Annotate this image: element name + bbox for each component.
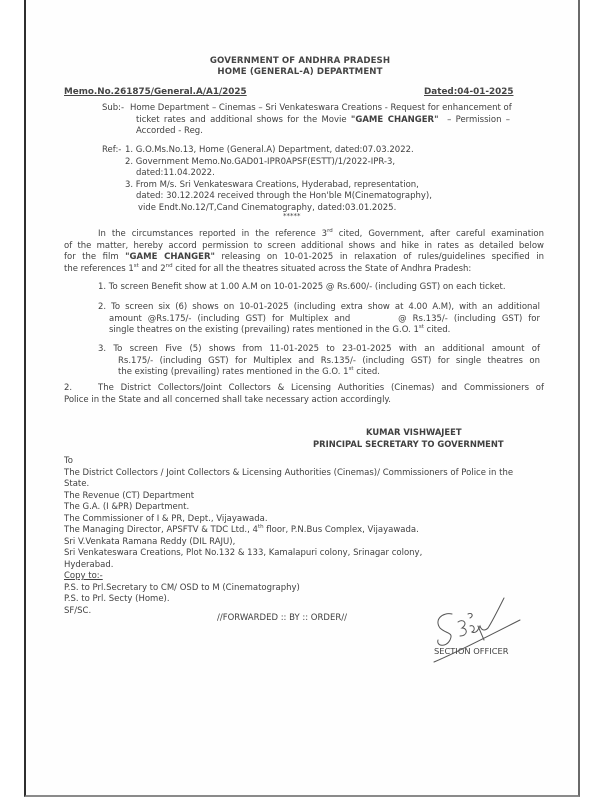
reference-1: 1. G.O.Ms.No.13, Home (General.A) Depart… bbox=[125, 145, 414, 157]
memo-date: Dated:04-01-2025 bbox=[424, 87, 514, 97]
recipient-line: Sri V.Venkata Ramana Reddy (DIL RAJU), bbox=[64, 537, 235, 549]
para2-line-2: Police in the State and all concerned sh… bbox=[64, 395, 391, 407]
recipient-line: Hyderabad. bbox=[64, 560, 113, 572]
reference-2-date: dated:11.04.2022. bbox=[136, 168, 215, 180]
section-officer-label: SECTION OFFICER bbox=[434, 646, 509, 658]
para1-line-4: the references 1st and 2nd cited for all… bbox=[64, 264, 471, 276]
point-1: 1. To screen Benefit show at 1.00 A.M on… bbox=[98, 282, 506, 294]
reference-label: Ref:- bbox=[102, 145, 121, 157]
point-2-line-3: single theatres on the existing (prevail… bbox=[109, 325, 450, 337]
point-3-line-1: 3. To screen Five (5) shows from 11-01-2… bbox=[98, 344, 540, 356]
copy-to-label: Copy to:- bbox=[64, 571, 103, 583]
copy-to-line: P.S. to Prl.Secretary to CM/ OSD to M (C… bbox=[64, 583, 300, 595]
copy-to-line: P.S. to Prl. Secty (Home). bbox=[64, 594, 170, 606]
recipient-line: State. bbox=[64, 479, 89, 491]
reference-2: 2. Government Memo.No.GAD01-IPR0APSF(EST… bbox=[125, 157, 395, 169]
signatory-name: KUMAR VISHWAJEET bbox=[366, 427, 462, 439]
para2-line-1: The District Collectors/Joint Collectors… bbox=[98, 383, 544, 395]
reference-3: 3. From M/s. Sri Venkateswara Creations,… bbox=[125, 180, 419, 192]
memo-number: Memo.No.261875/General.A/A1/2025 bbox=[64, 87, 247, 97]
subject-line-2: ticket rates and additional shows for th… bbox=[136, 115, 510, 127]
recipient-line: Sri Venkateswara Creations, Plot No.132 … bbox=[64, 548, 422, 560]
para1-line-3: for the film "GAME CHANGER" releasing on… bbox=[64, 252, 544, 264]
subject-line-3: Accorded - Reg. bbox=[136, 126, 203, 138]
govt-heading: GOVERNMENT OF ANDHRA PRADESH bbox=[0, 56, 600, 66]
department-heading: HOME (GENERAL-A) DEPARTMENT bbox=[0, 67, 600, 77]
point-2-line-1: 2. To screen six (6) shows on 10-01-2025… bbox=[98, 302, 540, 314]
to-label: To bbox=[64, 456, 73, 468]
recipient-line: The District Collectors / Joint Collecto… bbox=[64, 468, 513, 480]
movie-title: "GAME CHANGER" bbox=[351, 115, 439, 125]
para2-number: 2. bbox=[64, 383, 72, 395]
separator-stars: ***** bbox=[283, 211, 301, 223]
signatory-title: PRINCIPAL SECRETARY TO GOVERNMENT bbox=[313, 439, 504, 451]
point-3-line-2: Rs.175/- (including GST) for Multiplex a… bbox=[118, 356, 540, 368]
recipient-line: The Commissioner of I & PR, Dept., Vijay… bbox=[64, 514, 268, 526]
recipient-line: The Managing Director, APSFTV & TDC Ltd.… bbox=[64, 525, 419, 537]
point-2-line-2: amount @Rs.175/- (including GST) for Mul… bbox=[109, 314, 540, 326]
reference-3-line-3: vide Endt.No.12/T,Cand Cinematography, d… bbox=[138, 203, 396, 215]
copy-to-line: SF/SC. bbox=[64, 606, 91, 618]
forwarded-by-order: //FORWARDED :: BY :: ORDER// bbox=[217, 613, 347, 625]
reference-3-line-2: dated: 30.12.2024 received through the H… bbox=[136, 191, 432, 203]
point-3-line-3: the existing (prevailing) rates mentione… bbox=[118, 367, 380, 379]
recipient-line: The G.A. (I &PR) Department. bbox=[64, 502, 189, 514]
para1-line-1: In the circumstances reported in the ref… bbox=[64, 229, 544, 241]
para1-line-2: of the matter, hereby accord permission … bbox=[64, 241, 544, 253]
subject-line-1: Home Department – Cinemas – Sri Venkates… bbox=[130, 103, 510, 115]
recipient-line: The Revenue (CT) Department bbox=[64, 491, 194, 503]
subject-label: Sub:- bbox=[102, 103, 124, 115]
